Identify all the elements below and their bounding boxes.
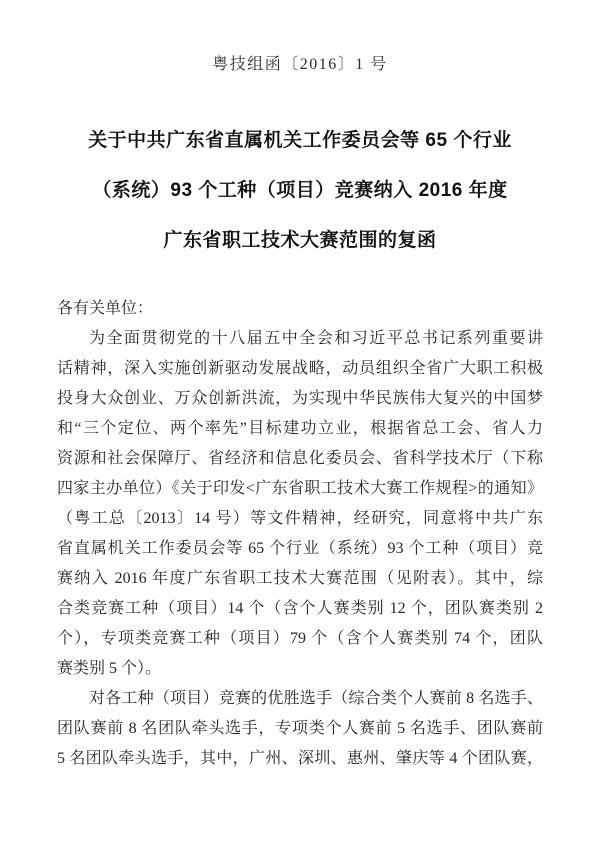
body-line: 投身大众创业、万众创新洪流，为实现中华民族伟大复兴的中国梦 xyxy=(57,384,543,414)
salutation: 各有关单位： xyxy=(57,294,543,324)
body-line: 话精神，深入实施创新驱动发展战略，动员组织全省广大职工积极 xyxy=(57,354,543,384)
body-line: 赛类别 5 个）。 xyxy=(57,654,543,684)
body-line: 四家主办单位）《关于印发<广东省职工技术大赛工作规程>的通知》 xyxy=(57,474,543,504)
body-line: 资源和社会保障厅、省经济和信息化委员会、省科学技术厅（下称 xyxy=(57,444,543,474)
body-line: 5 名团队牵头选手，其中，广州、深圳、惠州、肇庆等 4 个团队赛， xyxy=(57,744,543,774)
document-number: 粤技组函〔2016〕1 号 xyxy=(57,54,543,76)
document-title: 关于中共广东省直属机关工作委员会等 65 个行业 （系统）93 个工种（项目）竞… xyxy=(57,116,543,266)
body-line: 省直属机关工作委员会等 65 个行业（系统）93 个工种（项目）竞 xyxy=(57,534,543,564)
body-line: 和“三个定位、两个率先”目标建功立业，根据省总工会、省人力 xyxy=(57,414,543,444)
body-line: 赛纳入 2016 年度广东省职工技术大赛范围（见附表）。其中，综 xyxy=(57,564,543,594)
body-line: 个），专项类竞赛工种（项目）79 个（含个人赛类别 74 个，团队 xyxy=(57,624,543,654)
document-title-line-2: （系统）93 个工种（项目）竞赛纳入 2016 年度 xyxy=(57,166,543,216)
document-page: 粤技组函〔2016〕1 号 关于中共广东省直属机关工作委员会等 65 个行业 （… xyxy=(0,0,600,845)
body-line: 对各工种（项目）竞赛的优胜选手（综合类个人赛前 8 名选手、 xyxy=(57,684,543,714)
body-line: 合类竞赛工种（项目）14 个（含个人赛类别 12 个，团队赛类别 2 xyxy=(57,594,543,624)
body-line: （粤工总〔2013〕14 号）等文件精神，经研究，同意将中共广东 xyxy=(57,504,543,534)
document-title-line-1: 关于中共广东省直属机关工作委员会等 65 个行业 xyxy=(57,116,543,166)
body-line: 为全面贯彻党的十八届五中全会和习近平总书记系列重要讲 xyxy=(57,324,543,354)
document-body: 各有关单位： 为全面贯彻党的十八届五中全会和习近平总书记系列重要讲 话精神，深入… xyxy=(57,294,543,774)
document-title-line-3: 广东省职工技术大赛范围的复函 xyxy=(57,216,543,266)
body-line: 团队赛前 8 名团队牵头选手，专项类个人赛前 5 名选手、团队赛前 xyxy=(57,714,543,744)
